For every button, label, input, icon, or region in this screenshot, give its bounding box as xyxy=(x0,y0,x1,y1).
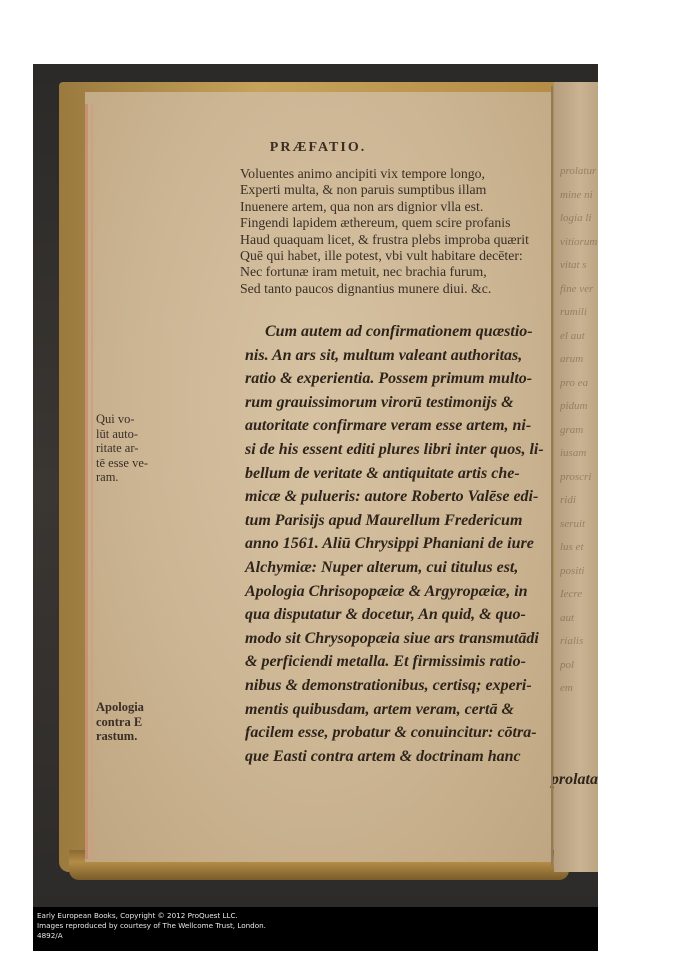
prose-line: anno 1561. Aliū Chrysippi Phaniani de iu… xyxy=(245,532,598,556)
gutter-line xyxy=(551,86,553,866)
verse-line: Fingendi lapidem æthereum, quem scire pr… xyxy=(240,215,580,231)
margin-note-authority: Qui vo- lūt auto- ritate ar- tē esse ve-… xyxy=(96,412,158,485)
book-scan-image: PRÆFATIO. Voluentes animo ancipiti vix t… xyxy=(33,64,598,907)
prose-line: tum Parisijs apud Maurellum Fredericum xyxy=(245,509,598,533)
prose-line: micæ & pulueris: autore Roberto Valēse e… xyxy=(245,485,598,509)
prose-catchword: prolata xyxy=(245,768,598,792)
verse-line: Nec fortunæ iram metuit, nec brachia fur… xyxy=(240,264,580,280)
copyright-footer: Early European Books, Copyright © 2012 P… xyxy=(33,907,598,951)
courtesy-line: Images reproduced by courtesy of The Wel… xyxy=(37,921,598,931)
prose-line: ratio & experientia. Possem primum multo… xyxy=(245,367,598,391)
prose-line: modo sit Chrysopopæia siue ars transmutā… xyxy=(245,627,598,651)
verse-block: Voluentes animo ancipiti vix tempore lon… xyxy=(240,166,580,297)
verse-line: Haud quaquam licet, & frustra plebs impr… xyxy=(240,232,580,248)
page-edge-line xyxy=(85,104,88,859)
running-head: PRÆFATIO. xyxy=(85,140,551,156)
verse-line: Experti multa, & non paruis sumptibus il… xyxy=(240,182,580,198)
verse-line: Inuenere artem, qua non ars dignior vlla… xyxy=(240,199,580,215)
prose-line: autoritate confirmare veram esse artem, … xyxy=(245,414,598,438)
verse-line: Voluentes animo ancipiti vix tempore lon… xyxy=(240,166,580,182)
prose-block: Cum autem ad confirmationem quæstio- nis… xyxy=(245,320,598,792)
prose-line: & perficiendi metalla. Et firmissimis ra… xyxy=(245,650,598,674)
prose-line: Apologia Chrisopopæiæ & Argyropæiæ, in xyxy=(245,580,598,604)
prose-line: qua disputatur & docetur, An quid, & quo… xyxy=(245,603,598,627)
prose-line: que Easti contra artem & doctrinam hanc xyxy=(245,745,598,769)
prose-line: nibus & demonstrationibus, certisq; expe… xyxy=(245,674,598,698)
verse-line: Sed tanto paucos dignantius munere diui.… xyxy=(240,281,580,297)
margin-note-apologia: Apologia contra E rastum. xyxy=(96,700,158,744)
prose-line: mentis quibusdam, artem veram, certā & xyxy=(245,698,598,722)
shelfmark: 4892/A xyxy=(37,931,598,941)
facing-page-bleed-text: prolatur mine ni logia li vitiorum vitat… xyxy=(560,160,598,701)
prose-line: facilem esse, probatur & conuincitur: cō… xyxy=(245,721,598,745)
prose-line: si de his essent editi plures libri inte… xyxy=(245,438,598,462)
verse-line: Quē qui habet, ille potest, vbi vult hab… xyxy=(240,248,580,264)
prose-line: Alchymiæ: Nuper alterum, cui titulus est… xyxy=(245,556,598,580)
page-edge-line xyxy=(91,104,93,859)
prose-line: Cum autem ad confirmationem quæstio- xyxy=(245,320,598,344)
prose-line: nis. An ars sit, multum valeant authorit… xyxy=(245,344,598,368)
copyright-line: Early European Books, Copyright © 2012 P… xyxy=(37,911,598,921)
prose-line: rum grauissimorum virorū testimonijs & xyxy=(245,391,598,415)
prose-line: bellum de veritate & antiquitate artis c… xyxy=(245,462,598,486)
